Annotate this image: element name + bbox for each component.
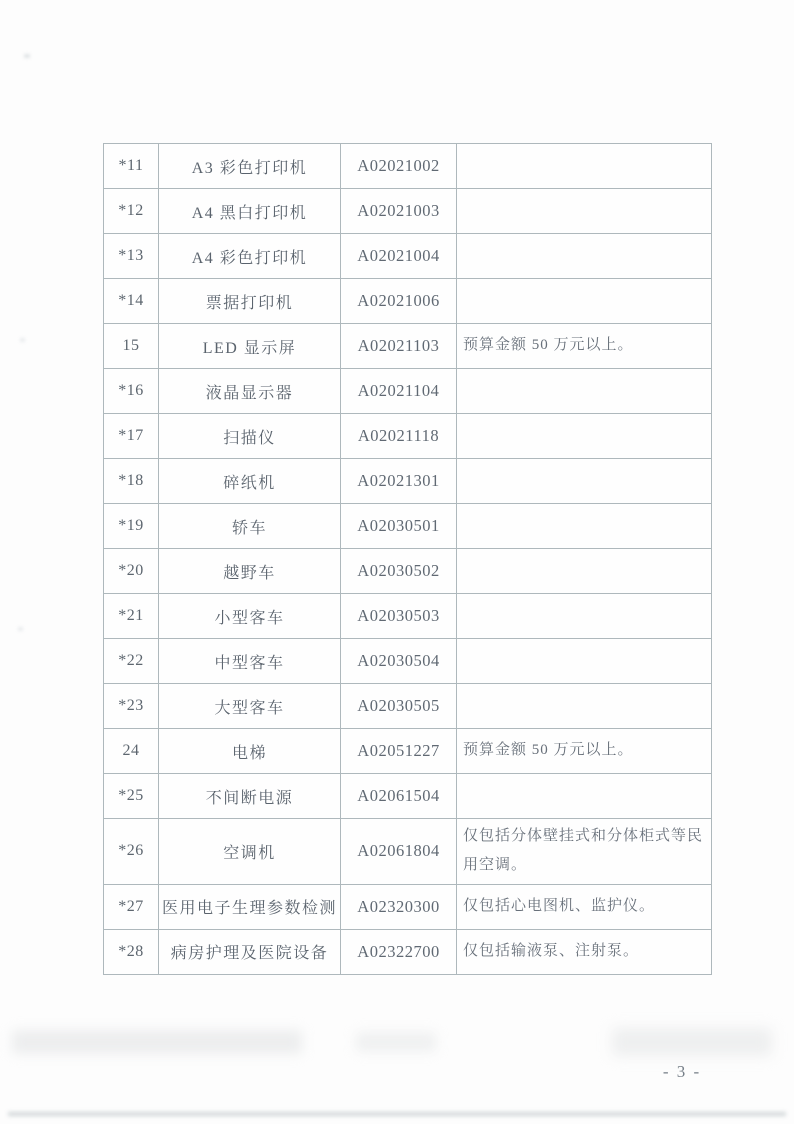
item-code-cell: A02021118 xyxy=(341,414,457,459)
item-code-cell: A02021103 xyxy=(341,324,457,369)
item-name-cell: A4 黑白打印机 xyxy=(159,189,341,234)
item-note-cell: 仅包括分体壁挂式和分体柜式等民用空调。 xyxy=(457,819,712,885)
item-code-cell: A02030502 xyxy=(341,549,457,594)
item-name-cell: 病房护理及医院设备 xyxy=(159,929,341,974)
item-note-cell: 仅包括心电图机、监护仪。 xyxy=(457,884,712,929)
item-code-cell: A02030505 xyxy=(341,684,457,729)
item-number-cell: *19 xyxy=(104,504,159,549)
table-row: *20 越野车 A02030502 xyxy=(104,549,712,594)
item-code-cell: A02021004 xyxy=(341,234,457,279)
item-code-cell: A02021006 xyxy=(341,279,457,324)
item-name-cell: 液晶显示器 xyxy=(159,369,341,414)
item-name-cell: 越野车 xyxy=(159,549,341,594)
table-row: *23 大型客车 A02030505 xyxy=(104,684,712,729)
item-note-cell xyxy=(457,279,712,324)
item-code-cell: A02021003 xyxy=(341,189,457,234)
scan-speck xyxy=(18,627,23,631)
item-name-cell: 轿车 xyxy=(159,504,341,549)
table-row: 15 LED 显示屏 A02021103 预算金额 50 万元以上。 xyxy=(104,324,712,369)
item-note-cell xyxy=(457,144,712,189)
table-row: *11 A3 彩色打印机 A02021002 xyxy=(104,144,712,189)
item-code-cell: A02322700 xyxy=(341,929,457,974)
item-number-cell: *11 xyxy=(104,144,159,189)
item-code-cell: A02021002 xyxy=(341,144,457,189)
item-name-cell: 扫描仪 xyxy=(159,414,341,459)
scan-speck xyxy=(24,54,30,58)
item-note-cell xyxy=(457,684,712,729)
item-number-cell: *17 xyxy=(104,414,159,459)
table-row: *21 小型客车 A02030503 xyxy=(104,594,712,639)
item-number-cell: *13 xyxy=(104,234,159,279)
item-name-cell: 小型客车 xyxy=(159,594,341,639)
item-name-cell: A3 彩色打印机 xyxy=(159,144,341,189)
item-note-cell: 仅包括输液泵、注射泵。 xyxy=(457,929,712,974)
item-number-cell: *23 xyxy=(104,684,159,729)
item-number-cell: 15 xyxy=(104,324,159,369)
item-code-cell: A02030504 xyxy=(341,639,457,684)
bleedthrough-smudge xyxy=(12,1030,302,1054)
item-code-cell: A02061804 xyxy=(341,819,457,885)
page-number: - 3 - xyxy=(652,1062,712,1082)
item-note-cell xyxy=(457,414,712,459)
item-code-cell: A02051227 xyxy=(341,729,457,774)
table-row: *19 轿车 A02030501 xyxy=(104,504,712,549)
item-number-cell: *28 xyxy=(104,929,159,974)
item-note-cell xyxy=(457,639,712,684)
table-row: *27 医用电子生理参数检测 A02320300 仅包括心电图机、监护仪。 xyxy=(104,884,712,929)
table-row: *18 碎纸机 A02021301 xyxy=(104,459,712,504)
item-note-cell xyxy=(457,549,712,594)
table-row: *12 A4 黑白打印机 A02021003 xyxy=(104,189,712,234)
table-row: *26 空调机 A02061804 仅包括分体壁挂式和分体柜式等民用空调。 xyxy=(104,819,712,885)
item-number-cell: *27 xyxy=(104,884,159,929)
bleedthrough-smudge xyxy=(356,1032,436,1052)
item-name-cell: 票据打印机 xyxy=(159,279,341,324)
item-note-cell: 预算金额 50 万元以上。 xyxy=(457,324,712,369)
item-code-cell: A02320300 xyxy=(341,884,457,929)
table-row: *22 中型客车 A02030504 xyxy=(104,639,712,684)
item-number-cell: *20 xyxy=(104,549,159,594)
item-name-cell: LED 显示屏 xyxy=(159,324,341,369)
item-number-cell: *14 xyxy=(104,279,159,324)
item-name-cell: A4 彩色打印机 xyxy=(159,234,341,279)
item-number-cell: *22 xyxy=(104,639,159,684)
item-code-cell: A02030501 xyxy=(341,504,457,549)
item-note-cell xyxy=(457,459,712,504)
procurement-items-table: *11 A3 彩色打印机 A02021002 *12 A4 黑白打印机 A020… xyxy=(103,143,712,975)
item-name-cell: 不间断电源 xyxy=(159,774,341,819)
item-number-cell: *26 xyxy=(104,819,159,885)
item-code-cell: A02030503 xyxy=(341,594,457,639)
scanned-document-page: *11 A3 彩色打印机 A02021002 *12 A4 黑白打印机 A020… xyxy=(0,0,794,1124)
item-name-cell: 大型客车 xyxy=(159,684,341,729)
item-number-cell: *25 xyxy=(104,774,159,819)
item-note-cell xyxy=(457,234,712,279)
item-code-cell: A02021301 xyxy=(341,459,457,504)
item-name-cell: 医用电子生理参数检测 xyxy=(159,884,341,929)
item-name-cell: 碎纸机 xyxy=(159,459,341,504)
bleedthrough-smudge xyxy=(612,1028,772,1056)
item-note-cell xyxy=(457,504,712,549)
item-name-cell: 中型客车 xyxy=(159,639,341,684)
table-row: *17 扫描仪 A02021118 xyxy=(104,414,712,459)
table-row: *16 液晶显示器 A02021104 xyxy=(104,369,712,414)
item-note-cell xyxy=(457,774,712,819)
scan-speck xyxy=(20,338,25,342)
item-code-cell: A02021104 xyxy=(341,369,457,414)
item-number-cell: *21 xyxy=(104,594,159,639)
table-row: *25 不间断电源 A02061504 xyxy=(104,774,712,819)
item-code-cell: A02061504 xyxy=(341,774,457,819)
item-note-cell xyxy=(457,369,712,414)
table-row: *14 票据打印机 A02021006 xyxy=(104,279,712,324)
item-number-cell: *18 xyxy=(104,459,159,504)
scan-edge-line xyxy=(8,1112,786,1116)
item-number-cell: *12 xyxy=(104,189,159,234)
item-number-cell: *16 xyxy=(104,369,159,414)
item-name-cell: 电梯 xyxy=(159,729,341,774)
table-row: *13 A4 彩色打印机 A02021004 xyxy=(104,234,712,279)
items-table-body: *11 A3 彩色打印机 A02021002 *12 A4 黑白打印机 A020… xyxy=(104,144,712,975)
item-number-cell: 24 xyxy=(104,729,159,774)
table-row: *28 病房护理及医院设备 A02322700 仅包括输液泵、注射泵。 xyxy=(104,929,712,974)
item-note-cell xyxy=(457,594,712,639)
item-note-cell xyxy=(457,189,712,234)
item-name-cell: 空调机 xyxy=(159,819,341,885)
table-row: 24 电梯 A02051227 预算金额 50 万元以上。 xyxy=(104,729,712,774)
item-note-cell: 预算金额 50 万元以上。 xyxy=(457,729,712,774)
